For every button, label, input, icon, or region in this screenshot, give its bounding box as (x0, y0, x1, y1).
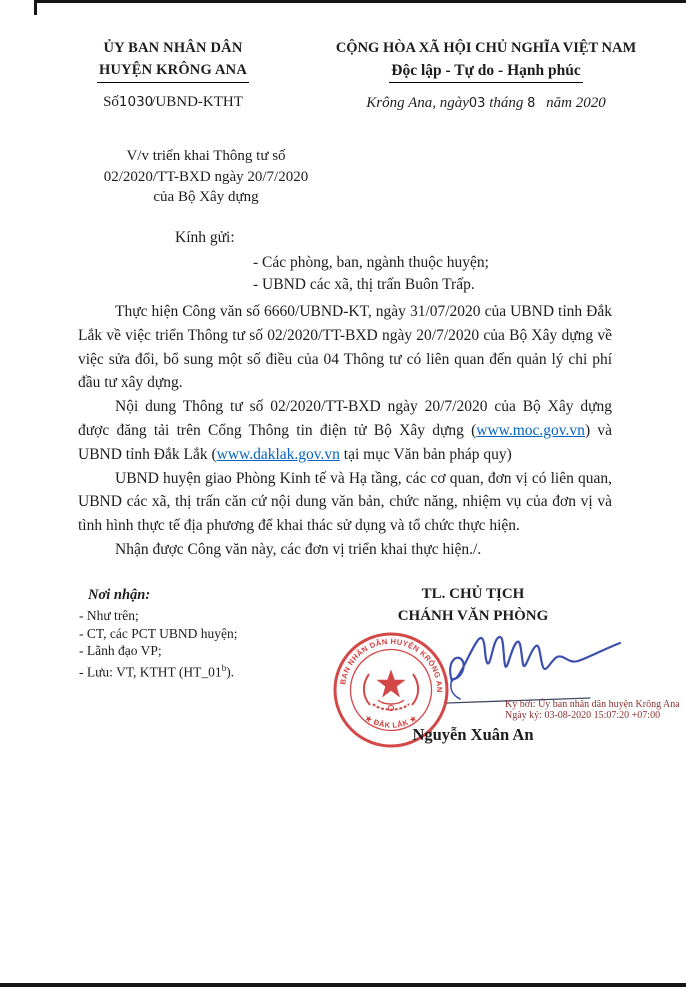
national-header: CỘNG HÒA XÃ HỘI CHỦ NGHĨA VIỆT NAM Độc l… (318, 40, 654, 112)
national-motto: Độc lập - Tự do - Hạnh phúc (389, 62, 582, 83)
digital-signature-info: Ký bởi: Ủy ban nhân dân huyện Krông Ana … (505, 700, 686, 721)
subject-line2: 02/2020/TT-BXD ngày 20/7/2020 (58, 167, 354, 188)
noinhan-item: - CT, các PCT UBND huyện; (79, 625, 237, 643)
noinhan-item: - Như trên; (79, 607, 237, 625)
recipient-item: - Các phòng, ban, ngành thuộc huyện; (253, 252, 489, 274)
recipients-list: - Các phòng, ban, ngành thuộc huyện; - U… (253, 252, 489, 295)
body-paragraph-3: UBND huyện giao Phòng Kinh tế và Hạ tầng… (78, 467, 612, 538)
body-paragraph-2: Nội dung Thông tư số 02/2020/TT-BXD ngày… (78, 395, 612, 466)
link-moc-gov-vn[interactable]: www.moc.gov.vn (476, 422, 585, 439)
org-name-line2: HUYỆN KRÔNG ANA (97, 62, 249, 83)
document-number-value: 1030 (119, 94, 153, 110)
signer-name: Nguyễn Xuân An (345, 725, 601, 745)
seal-emblem (364, 670, 418, 711)
noinhan-label: Nơi nhận: (88, 587, 150, 604)
noinhan-item-luu: - Lưu: VT, KTHT (HT_01b). (79, 660, 237, 681)
place-date-line: Krông Ana, ngày03 tháng 8 năm 2020 (318, 95, 654, 112)
noinhan-list: - Như trên; - CT, các PCT UBND huyện; - … (79, 607, 237, 681)
org-header: ỦY BAN NHÂN DÂN HUYỆN KRÔNG ANA Số1030/U… (70, 40, 276, 111)
document-body: Thực hiện Công văn số 6660/UBND-KT, ngày… (78, 300, 612, 562)
recipients-label: Kính gửi: (175, 229, 235, 247)
body-paragraph-4: Nhận được Công văn này, các đơn vị triển… (78, 538, 612, 562)
recipient-item: - UBND các xã, thị trấn Buôn Trấp. (253, 274, 489, 296)
date-day: 03 (469, 96, 486, 111)
subject-line3: của Bộ Xây dựng (58, 187, 354, 208)
scan-edge-bottom (0, 983, 686, 987)
scan-edge-top-tick (34, 0, 37, 15)
link-daklak-gov-vn[interactable]: www.daklak.gov.vn (217, 446, 340, 463)
noinhan-item: - Lãnh đạo VP; (79, 642, 237, 660)
document-subject: V/v triển khai Thông tư số 02/2020/TT-BX… (58, 146, 354, 208)
subject-line1: V/v triển khai Thông tư số (58, 146, 354, 167)
digital-signature-date: Ngày ký: 03-08-2020 15:07:20 +07:00 (505, 711, 686, 722)
tl-chu-tich: TL. CHỦ TỊCH (345, 584, 601, 606)
date-month: 8 (527, 96, 535, 111)
document-page: ỦY BAN NHÂN DÂN HUYỆN KRÔNG ANA Số1030/U… (0, 0, 686, 989)
scan-edge-top (34, 0, 686, 3)
body-paragraph-1: Thực hiện Công văn số 6660/UBND-KT, ngày… (78, 300, 612, 395)
national-line1: CỘNG HÒA XÃ HỘI CHỦ NGHĨA VIỆT NAM (318, 40, 654, 57)
digital-signature-by: Ký bởi: Ủy ban nhân dân huyện Krông Ana (505, 700, 686, 711)
org-name-line1: ỦY BAN NHÂN DÂN (70, 40, 276, 57)
document-number: Số1030/UBND-KTHT (70, 94, 276, 111)
